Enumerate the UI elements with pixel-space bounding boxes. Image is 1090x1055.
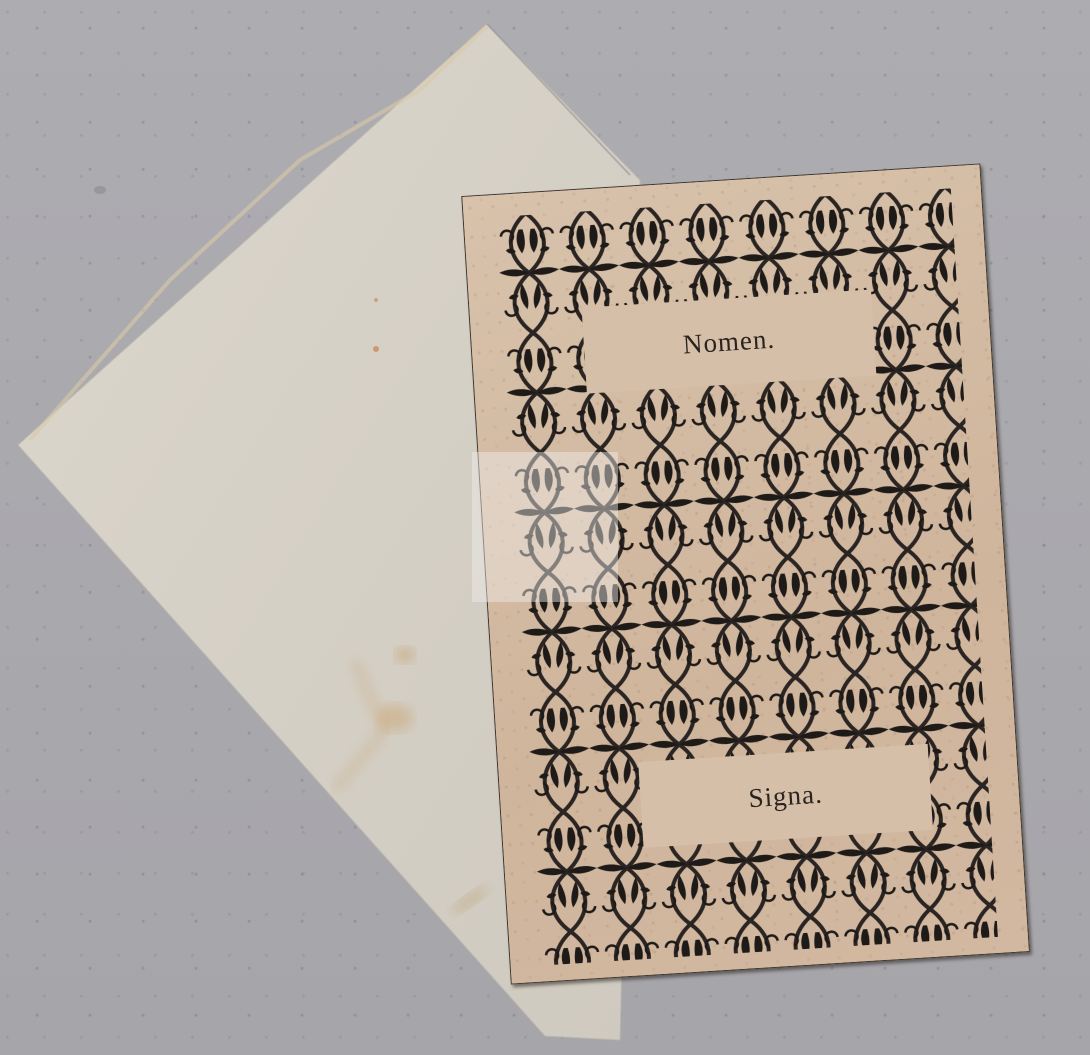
signa-label-panel: Signa. (638, 744, 933, 848)
photo-scene: Nomen. Signa. (0, 0, 1090, 1055)
nomen-label: Nomen. (682, 323, 776, 360)
translucent-overlay (472, 452, 618, 602)
nomen-label-panel: Nomen. (582, 290, 877, 394)
signa-label: Signa. (748, 778, 824, 814)
